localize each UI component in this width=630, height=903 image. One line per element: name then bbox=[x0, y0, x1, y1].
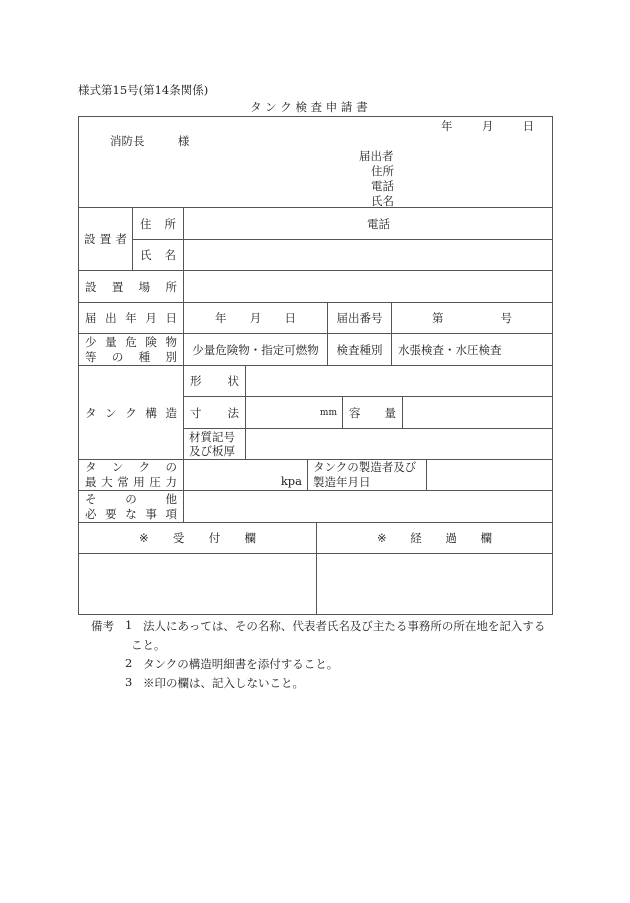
note-3-number: 3 bbox=[125, 675, 132, 689]
other-matters-label: その他 必要な事項 bbox=[79, 491, 183, 522]
month-label: 月 bbox=[482, 119, 494, 133]
notification-number-field[interactable]: 第号 bbox=[392, 303, 552, 333]
capacity-label: 容量 bbox=[343, 397, 402, 428]
category-label: 少量危険物 等の種別 bbox=[79, 334, 183, 365]
location-label: 設置場所 bbox=[79, 271, 183, 302]
progress-label: ※経過欄 bbox=[317, 523, 552, 553]
notification-date-label: 届出年月日 bbox=[79, 303, 183, 333]
note-1-text: 法人にあっては、その名称、代表者氏名及び主たる事務所の所在地を記入する bbox=[143, 618, 545, 634]
submission-date[interactable]: 年 月 日 bbox=[441, 118, 534, 134]
addressee: 消防長 様 bbox=[110, 133, 189, 149]
material-field[interactable] bbox=[246, 429, 552, 459]
installer-phone-label: 電話 bbox=[367, 216, 390, 232]
year-label: 年 bbox=[441, 119, 453, 133]
progress-field bbox=[317, 554, 552, 614]
dimension-field[interactable]: mm bbox=[246, 397, 342, 428]
notes-heading: 備考 bbox=[91, 618, 114, 634]
shape-field[interactable] bbox=[246, 366, 552, 396]
tank-structure-label: タンク構造 bbox=[79, 366, 183, 459]
installer-address-field[interactable]: 電話 bbox=[184, 208, 552, 239]
location-field[interactable] bbox=[184, 271, 552, 302]
shape-label: 形状 bbox=[184, 366, 245, 396]
day-label: 日 bbox=[523, 119, 535, 133]
installer-label: 設置者 bbox=[79, 208, 132, 270]
installer-address-label: 住所 bbox=[133, 208, 183, 239]
note-1-continuation: こと。 bbox=[131, 637, 166, 653]
material-label: 材質記号 及び板厚 bbox=[184, 429, 245, 459]
reception-field bbox=[79, 554, 316, 614]
maker-label: タンクの製造者及び 製造年月日 bbox=[308, 460, 426, 490]
applicant-name-label: 氏名 bbox=[371, 193, 394, 209]
applicant-label: 届出者 bbox=[359, 148, 394, 164]
max-pressure-label: タンクの 最大常用圧力 bbox=[79, 460, 183, 490]
note-3-text: ※印の欄は、記入しないこと。 bbox=[143, 675, 304, 691]
applicant-address-label: 住所 bbox=[371, 163, 394, 179]
form-number: 様式第15号(第14条関係) bbox=[78, 82, 208, 98]
note-1-number: 1 bbox=[125, 618, 132, 632]
capacity-field[interactable] bbox=[403, 397, 552, 428]
note-2-text: タンクの構造明細書を添付すること。 bbox=[143, 656, 338, 672]
kpa-unit: kpa bbox=[281, 474, 302, 488]
applicant-phone-label: 電話 bbox=[371, 178, 394, 194]
applicant-input-area[interactable] bbox=[400, 145, 540, 205]
reception-label: ※受付欄 bbox=[79, 523, 316, 553]
inspection-type-value[interactable]: 水張検査・水圧検査 bbox=[392, 334, 552, 365]
maker-field[interactable] bbox=[427, 460, 552, 490]
inspection-type-label: 検査種別 bbox=[328, 334, 391, 365]
installer-name-field[interactable] bbox=[184, 240, 552, 270]
installer-name-label: 氏名 bbox=[133, 240, 183, 270]
addressee-title: 消防長 bbox=[110, 134, 145, 148]
notification-date-field[interactable]: 年月日 bbox=[184, 303, 327, 333]
category-value[interactable]: 少量危険物・指定可燃物 bbox=[184, 334, 327, 365]
form-title: タ ン ク 検 査 申 請 書 bbox=[250, 99, 368, 115]
honorific: 様 bbox=[178, 134, 190, 148]
dimension-label: 寸法 bbox=[184, 397, 245, 428]
max-pressure-field[interactable]: kpa bbox=[184, 460, 307, 490]
notification-number-label: 届出番号 bbox=[328, 303, 391, 333]
mm-unit: mm bbox=[320, 408, 337, 418]
note-2-number: 2 bbox=[125, 656, 132, 670]
other-matters-field[interactable] bbox=[184, 491, 552, 522]
